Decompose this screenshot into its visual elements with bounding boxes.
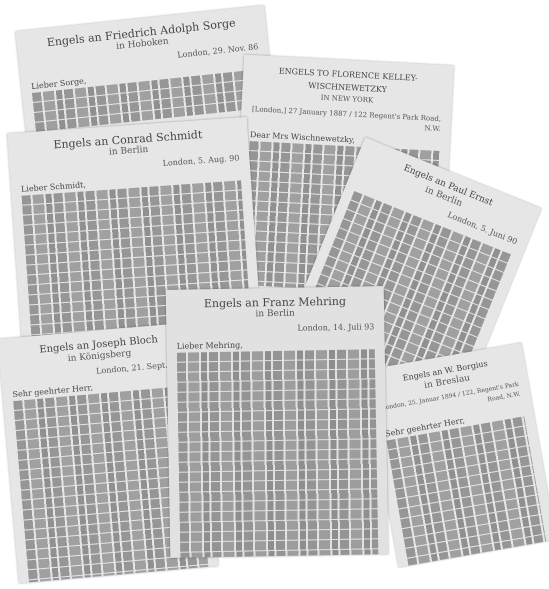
letter-body (177, 349, 379, 558)
letter-body (386, 416, 548, 567)
letter-mehring: Engels an Franz Mehring in Berlin London… (166, 286, 389, 558)
letter-dateline: London, 14. Juli 93 (176, 322, 374, 335)
letter-borgius: Engels an W. Borgius in Breslau London, … (364, 343, 549, 568)
